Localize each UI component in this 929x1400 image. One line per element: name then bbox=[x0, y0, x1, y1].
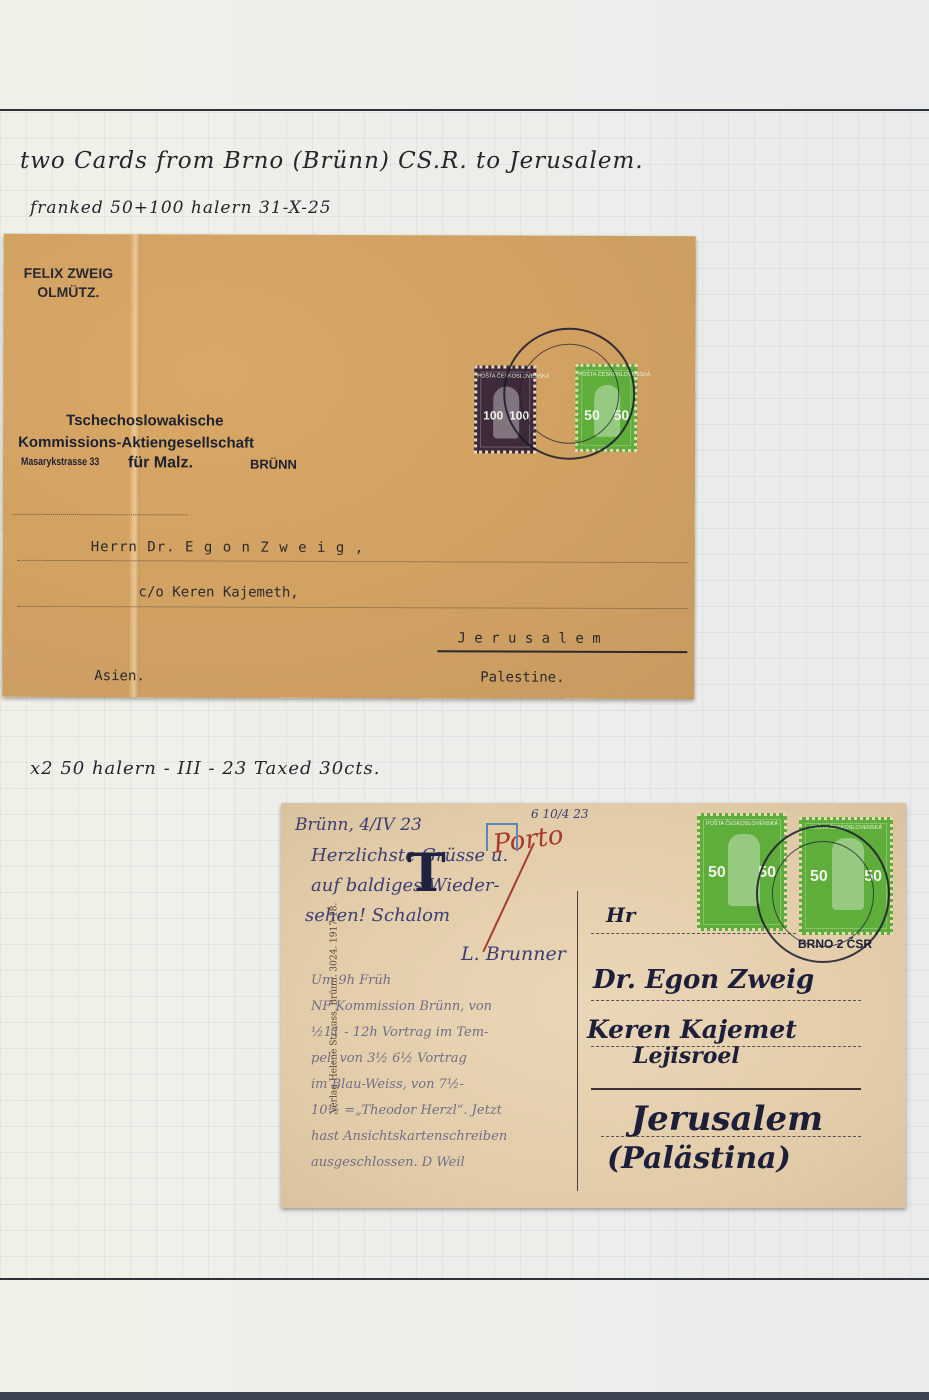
card-divider bbox=[577, 891, 578, 1191]
pencil-note: hast Ansichtskartenschreiben bbox=[311, 1129, 507, 1144]
sender-stamp: FELIX ZWEIG OLMÜTZ. bbox=[24, 264, 114, 302]
recipient-continent: Asien. bbox=[94, 668, 145, 684]
address-city: Jerusalem bbox=[631, 1099, 823, 1139]
recipient-country: Palestine. bbox=[480, 669, 564, 685]
company-line2: Kommissions-Aktiengesellschaft bbox=[18, 434, 254, 452]
address-country: (Palästina) bbox=[607, 1141, 791, 1176]
pencil-note: ausgeschlossen. D Weil bbox=[311, 1155, 465, 1170]
message-line: Brünn, 4/IV 23 bbox=[295, 815, 422, 835]
address-title: Hr bbox=[606, 903, 635, 927]
recipient-city: J e r u s a l e m bbox=[457, 630, 600, 647]
tax-mark-T: T bbox=[407, 843, 446, 904]
page-edge bbox=[0, 1392, 929, 1400]
company-city: BRÜNN bbox=[250, 457, 297, 472]
address-line bbox=[591, 1088, 861, 1090]
message-line: auf baldiges Wieder- bbox=[311, 875, 500, 896]
pencil-note: Um 9h Früh bbox=[311, 973, 391, 988]
company-line3: für Malz. bbox=[128, 454, 193, 472]
page-heading: two Cards from Brno (Brünn) CS.R. to Jer… bbox=[20, 148, 644, 174]
postcard-1: FELIX ZWEIG OLMÜTZ. Tschechoslowakische … bbox=[2, 234, 696, 699]
postmark-text: BRNO 2 ČSR bbox=[798, 937, 872, 951]
message-line: sehen! Schalom bbox=[305, 905, 450, 926]
address-line bbox=[591, 1046, 861, 1047]
stamp-header: POŠTA ČESKOSLOVENSKÁ bbox=[700, 821, 784, 827]
album-page: two Cards from Brno (Brünn) CS.R. to Jer… bbox=[0, 0, 929, 1400]
stamp-value: 50 bbox=[708, 864, 726, 882]
arrival-note: 6 10/4 23 bbox=[531, 807, 588, 821]
top-border-rule bbox=[0, 109, 929, 111]
address-line bbox=[591, 1000, 861, 1001]
address-line bbox=[601, 1136, 861, 1137]
pencil-note: 10½ =„Theodor Herzl“. Jetzt bbox=[311, 1103, 502, 1118]
pencil-note: NF Kommission Brünn, von bbox=[311, 999, 492, 1014]
signature: L. Brunner bbox=[461, 943, 566, 965]
sender-name: FELIX ZWEIG bbox=[24, 264, 114, 283]
sender-city: OLMÜTZ. bbox=[24, 283, 114, 302]
underline bbox=[437, 650, 687, 653]
pencil-note: pel, von 3½ 6½ Vortrag bbox=[311, 1051, 467, 1066]
postmark-circle bbox=[503, 328, 635, 460]
address-line2: Keren Kajemet bbox=[587, 1015, 797, 1044]
recipient-name: Herrn Dr. E g o n Z w e i g , bbox=[91, 539, 364, 556]
pencil-note: im Blau-Weiss, von 7½- bbox=[311, 1077, 464, 1092]
blue-box-mark bbox=[486, 823, 518, 851]
bottom-border-rule bbox=[0, 1278, 929, 1280]
postmark-circle: BRNO 2 ČSR bbox=[756, 825, 890, 963]
recipient-care-of: c/o Keren Kajemeth, bbox=[139, 584, 299, 601]
company-line1: Tschechoslowakische bbox=[66, 412, 223, 430]
address-line bbox=[591, 933, 796, 934]
address-name: Dr. Egon Zweig bbox=[593, 965, 814, 995]
pencil-note: ½11 - 12h Vortrag im Tem- bbox=[311, 1025, 488, 1040]
dotted-line bbox=[18, 560, 688, 563]
card1-caption: franked 50+100 halern 31-X-25 bbox=[30, 198, 332, 218]
stamp-value: 100 bbox=[483, 408, 503, 422]
company-address: Masarykstrasse 33 bbox=[21, 456, 99, 468]
card2-caption: x2 50 halern - III - 23 Taxed 30cts. bbox=[30, 758, 380, 779]
postcard-2: Verlag Helene Strauss, Brünn. 3024. 1917… bbox=[281, 803, 906, 1208]
dotted-line bbox=[18, 606, 688, 609]
dotted-line bbox=[13, 514, 188, 516]
